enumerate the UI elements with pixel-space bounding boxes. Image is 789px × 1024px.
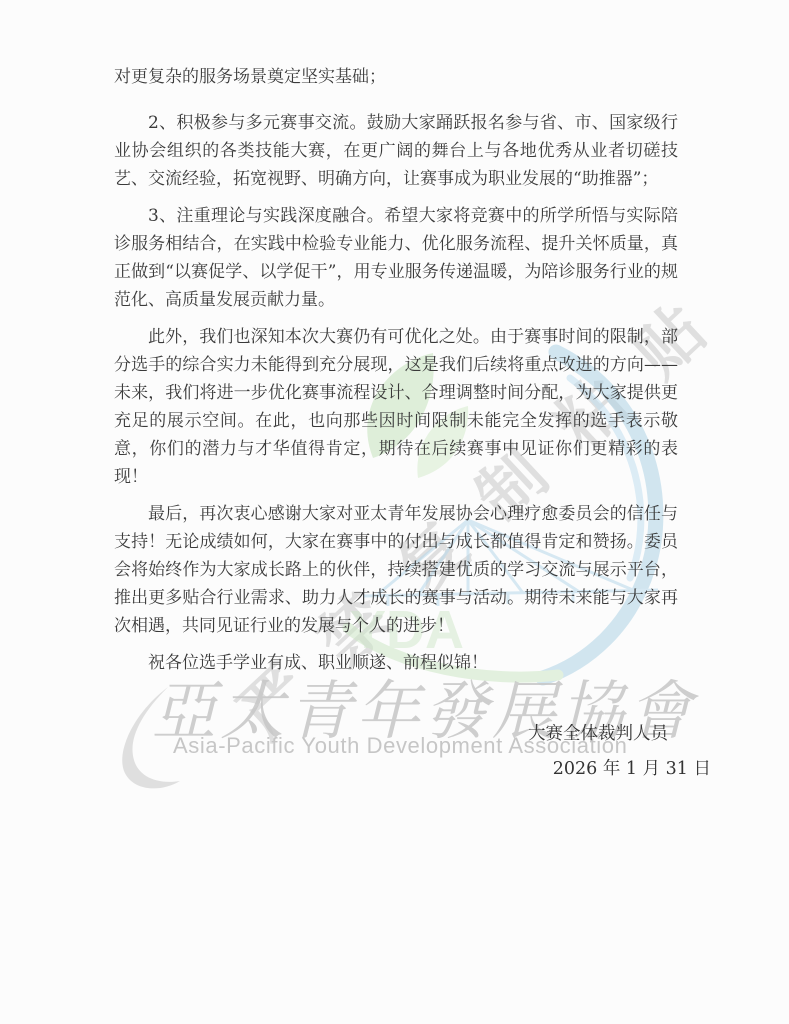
- signature-line: 大赛全体裁判人员: [528, 720, 668, 745]
- paragraph-continuation: 对更复杂的服务场景奠定坚实基础；: [114, 63, 678, 91]
- letter-body: 对更复杂的服务场景奠定坚实基础； 2、积极参与多元赛事交流。鼓励大家踊跃报名参与…: [114, 63, 678, 686]
- paragraph-wishes: 祝各位选手学业有成、职业顺遂、前程似锦！: [114, 649, 678, 677]
- paragraph-point-3: 3、注重理论与实践深度融合。希望大家将竞赛中的所学所悟与实际陪诊服务相结合，在实…: [114, 202, 678, 314]
- paragraph-improvements: 此外，我们也深知本次大赛仍有可优化之处。由于赛事时间的限制，部分选手的综合实力未…: [114, 323, 678, 491]
- document-page: 严禁复制粘贴: [0, 0, 789, 1024]
- paragraph-point-2: 2、积极参与多元赛事交流。鼓励大家踊跃报名参与省、市、国家级行业协会组织的各类技…: [114, 109, 678, 193]
- paragraph-thanks: 最后，再次衷心感谢大家对亚太青年发展协会心理疗愈委员会的信任与支持！无论成绩如何…: [114, 500, 678, 640]
- logo-brush-stroke: [120, 685, 190, 795]
- date-line: 2026 年 1 月 31 日: [553, 755, 711, 780]
